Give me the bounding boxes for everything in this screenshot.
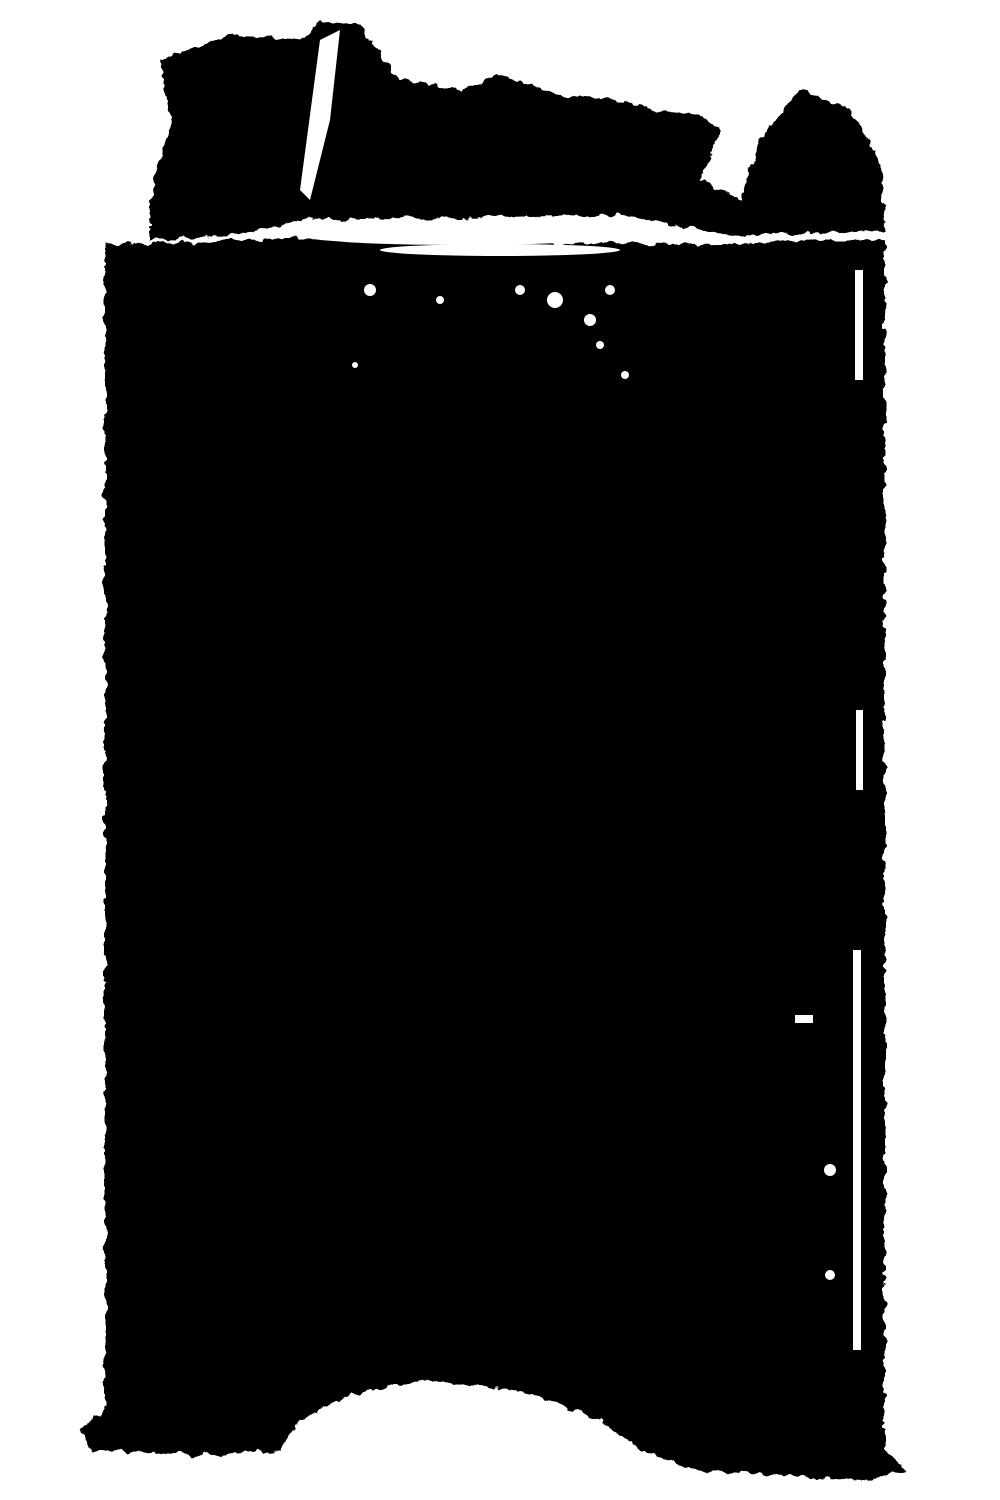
ink-texture-artwork (0, 0, 1000, 1500)
